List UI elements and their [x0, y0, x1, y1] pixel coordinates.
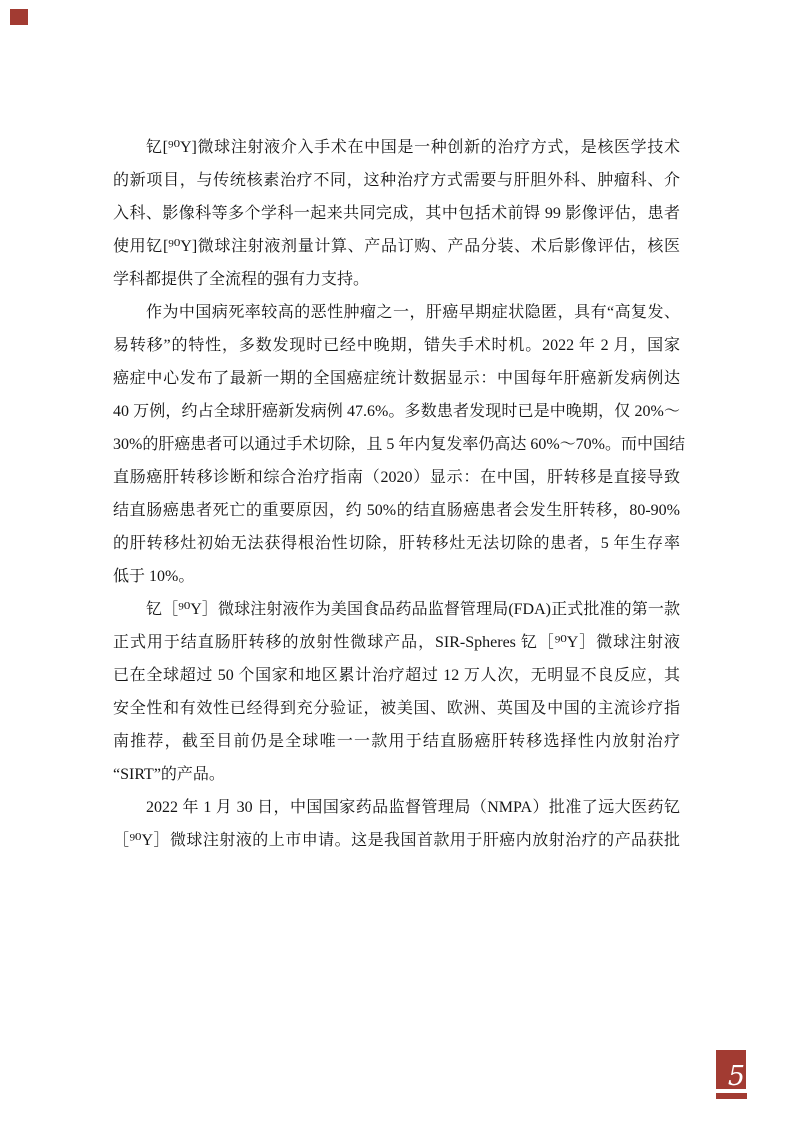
- text-line: 易转移”的特性，多数发现时已经中晚期，错失手术时机。2022 年 2 月，国家: [113, 329, 680, 362]
- page-number: 5: [728, 1063, 745, 1090]
- text-line: ［⁹⁰Y］微球注射液的上市申请。这是我国首款用于肝癌内放射治疗的产品获批: [113, 824, 680, 857]
- text-line: 钇［⁹⁰Y］微球注射液作为美国食品药品监督管理局(FDA)正式批准的第一款: [113, 593, 680, 626]
- text-line: 低于 10%。: [113, 560, 680, 593]
- document-page: 钇[⁹⁰Y]微球注射液介入手术在中国是一种创新的治疗方式，是核医学技术的新项目，…: [0, 0, 793, 1122]
- text-line: 学科都提供了全流程的强有力支持。: [113, 263, 680, 296]
- top-left-accent-square: [10, 9, 28, 25]
- text-line: “SIRT”的产品。: [113, 758, 680, 791]
- page-number-square: 5: [716, 1050, 746, 1089]
- text-line: 南推荐，截至目前仍是全球唯一一款用于结直肠癌肝转移选择性内放射治疗: [113, 725, 680, 758]
- page-number-underline-bar: [716, 1093, 747, 1099]
- text-line: 安全性和有效性已经得到充分验证，被美国、欧洲、英国及中国的主流诊疗指: [113, 692, 680, 725]
- text-line: 2022 年 1 月 30 日，中国国家药品监督管理局（NMPA）批准了远大医药…: [113, 791, 680, 824]
- text-line: 使用钇[⁹⁰Y]微球注射液剂量计算、产品订购、产品分装、术后影像评估，核医: [113, 230, 680, 263]
- text-line: 40 万例，约占全球肝癌新发病例 47.6%。多数患者发现时已是中晚期，仅 20…: [113, 395, 680, 428]
- text-line: 直肠癌肝转移诊断和综合治疗指南（2020）显示：在中国，肝转移是直接导致: [113, 461, 680, 494]
- text-line: 30%的肝癌患者可以通过手术切除，且 5 年内复发率仍高达 60%～70%。而中…: [113, 428, 680, 461]
- text-line: 作为中国病死率较高的恶性肿瘤之一，肝癌早期症状隐匿，具有“高复发、: [113, 296, 680, 329]
- text-line: 的新项目，与传统核素治疗不同，这种治疗方式需要与肝胆外科、肿瘤科、介: [113, 164, 680, 197]
- text-line: 正式用于结直肠肝转移的放射性微球产品，SIR-Spheres 钇［⁹⁰Y］微球注…: [113, 626, 680, 659]
- text-line: 已在全球超过 50 个国家和地区累计治疗超过 12 万人次，无明显不良反应，其: [113, 659, 680, 692]
- body-text: 钇[⁹⁰Y]微球注射液介入手术在中国是一种创新的治疗方式，是核医学技术的新项目，…: [113, 131, 680, 857]
- text-line: 钇[⁹⁰Y]微球注射液介入手术在中国是一种创新的治疗方式，是核医学技术: [113, 131, 680, 164]
- text-line: 结直肠癌患者死亡的重要原因，约 50%的结直肠癌患者会发生肝转移，80-90%: [113, 494, 680, 527]
- text-line: 入科、影像科等多个学科一起来共同完成，其中包括术前锝 99 影像评估，患者: [113, 197, 680, 230]
- text-line: 的肝转移灶初始无法获得根治性切除，肝转移灶无法切除的患者，5 年生存率: [113, 527, 680, 560]
- text-line: 癌症中心发布了最新一期的全国癌症统计数据显示：中国每年肝癌新发病例达: [113, 362, 680, 395]
